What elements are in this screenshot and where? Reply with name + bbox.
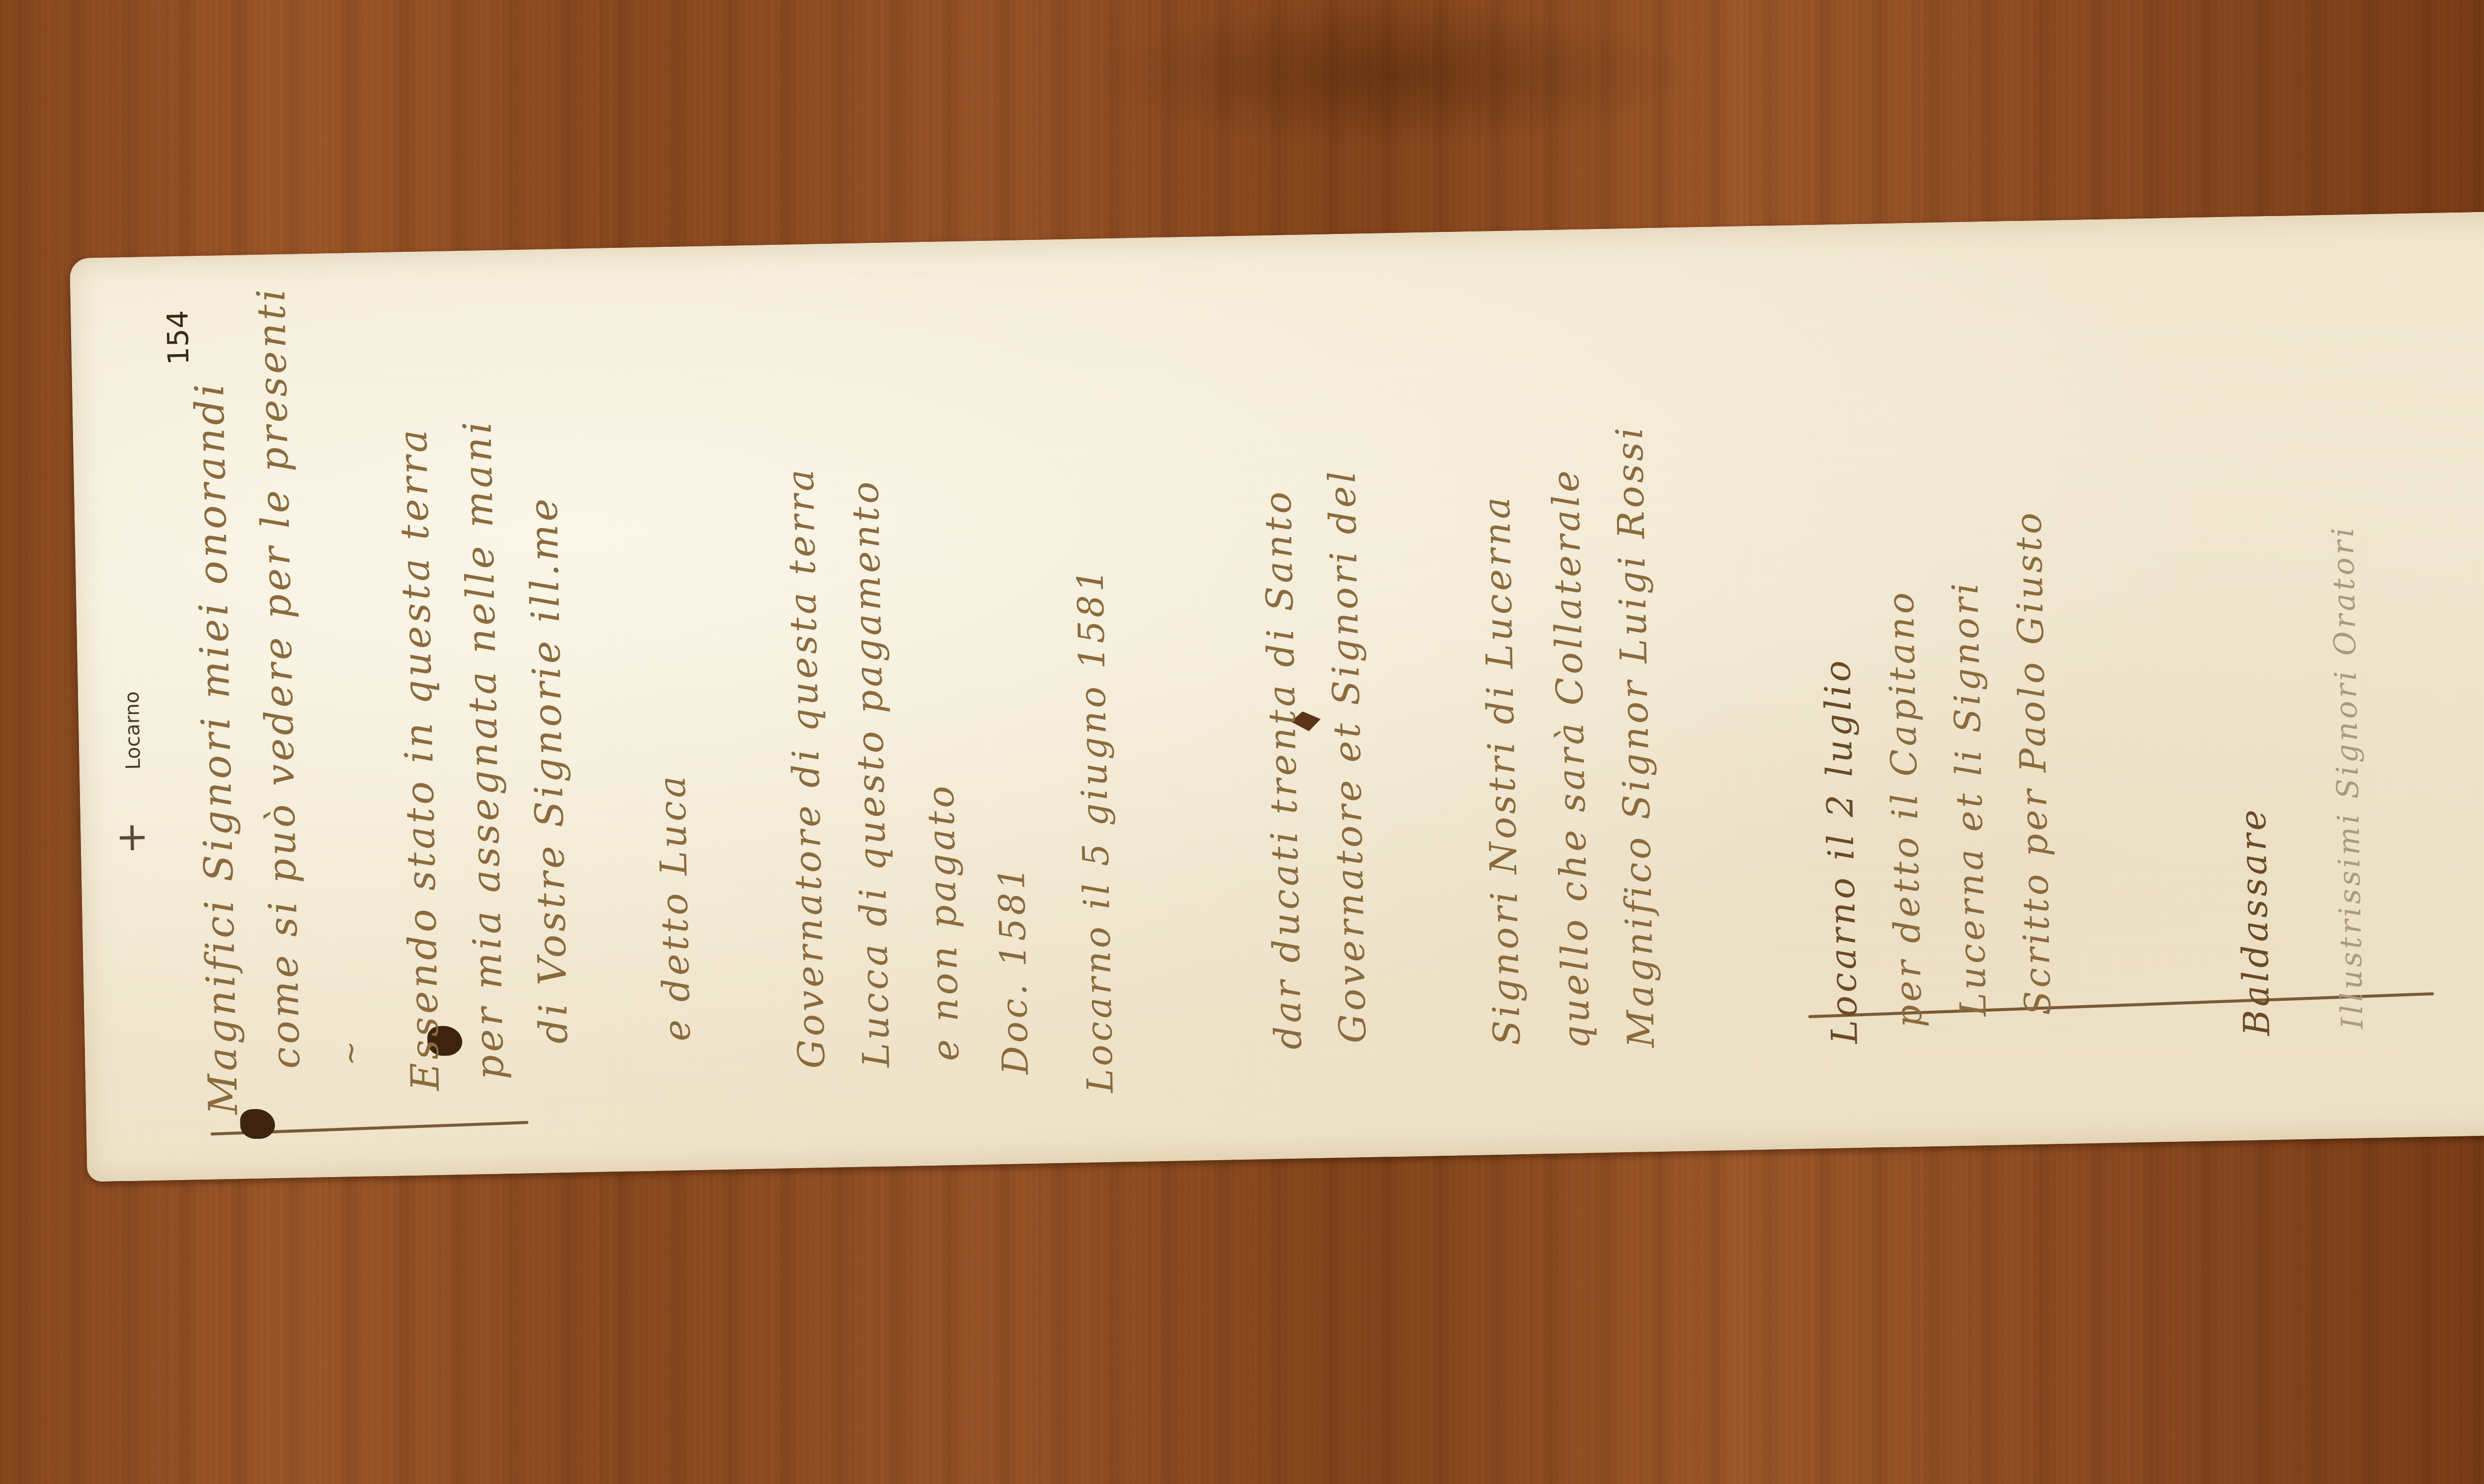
text-column: di Vostre Signorie ill.me <box>519 348 577 1044</box>
text-column: Locarno il 2 luglio <box>1809 269 1865 1044</box>
text-column: per mia assegnata nelle mani <box>454 359 513 1080</box>
text-column: e non pagato <box>911 316 968 1061</box>
text-column: Governatore di questa terra <box>776 323 834 1069</box>
text-column: per detto il Capitano <box>1874 283 1930 1028</box>
place-annotation: Locarno <box>121 691 145 770</box>
text-column: Lucerna et li Signori <box>1939 291 1994 1017</box>
text-column: dar ducati trenta di Santo <box>1254 354 1310 1050</box>
text-column: come si può vedere per le presenti <box>251 383 309 1069</box>
manuscript-leaf: 154 Locarno + Magnifici Signori miei ono… <box>70 212 2484 1182</box>
wood-stain <box>1093 0 1689 149</box>
text-column: quello che sarà Collaterale <box>1541 303 1598 1049</box>
text-column: Signori Nostri di Lucerna <box>1472 300 1529 1045</box>
text-column: ~ <box>333 1038 368 1066</box>
text-column: Essendo stato in questa terra <box>390 385 448 1091</box>
text-column: Magnifici Signori miei onorandi <box>185 345 246 1115</box>
text-column: Locarno il 5 giugno 1581 <box>1076 894 1121 1094</box>
text-column <box>2415 263 2430 1038</box>
text-column: Magnifico Signor Luigi Rossi <box>1606 312 1663 1048</box>
text-column: Scritto per Paolo Giusto <box>2003 300 2059 1016</box>
text-column: Lucca di questo pagamento <box>841 322 898 1068</box>
text-column: e detto Luca <box>649 693 699 1042</box>
text-column: Doc. 1581 <box>990 826 1036 1075</box>
text-column: Illustrissimi Signori Oratori <box>2331 830 2370 1029</box>
text-column: Baldassare <box>2227 564 2278 1036</box>
text-column: Governatore et Signori del <box>1318 323 1375 1043</box>
cross-mark: + <box>115 813 149 860</box>
